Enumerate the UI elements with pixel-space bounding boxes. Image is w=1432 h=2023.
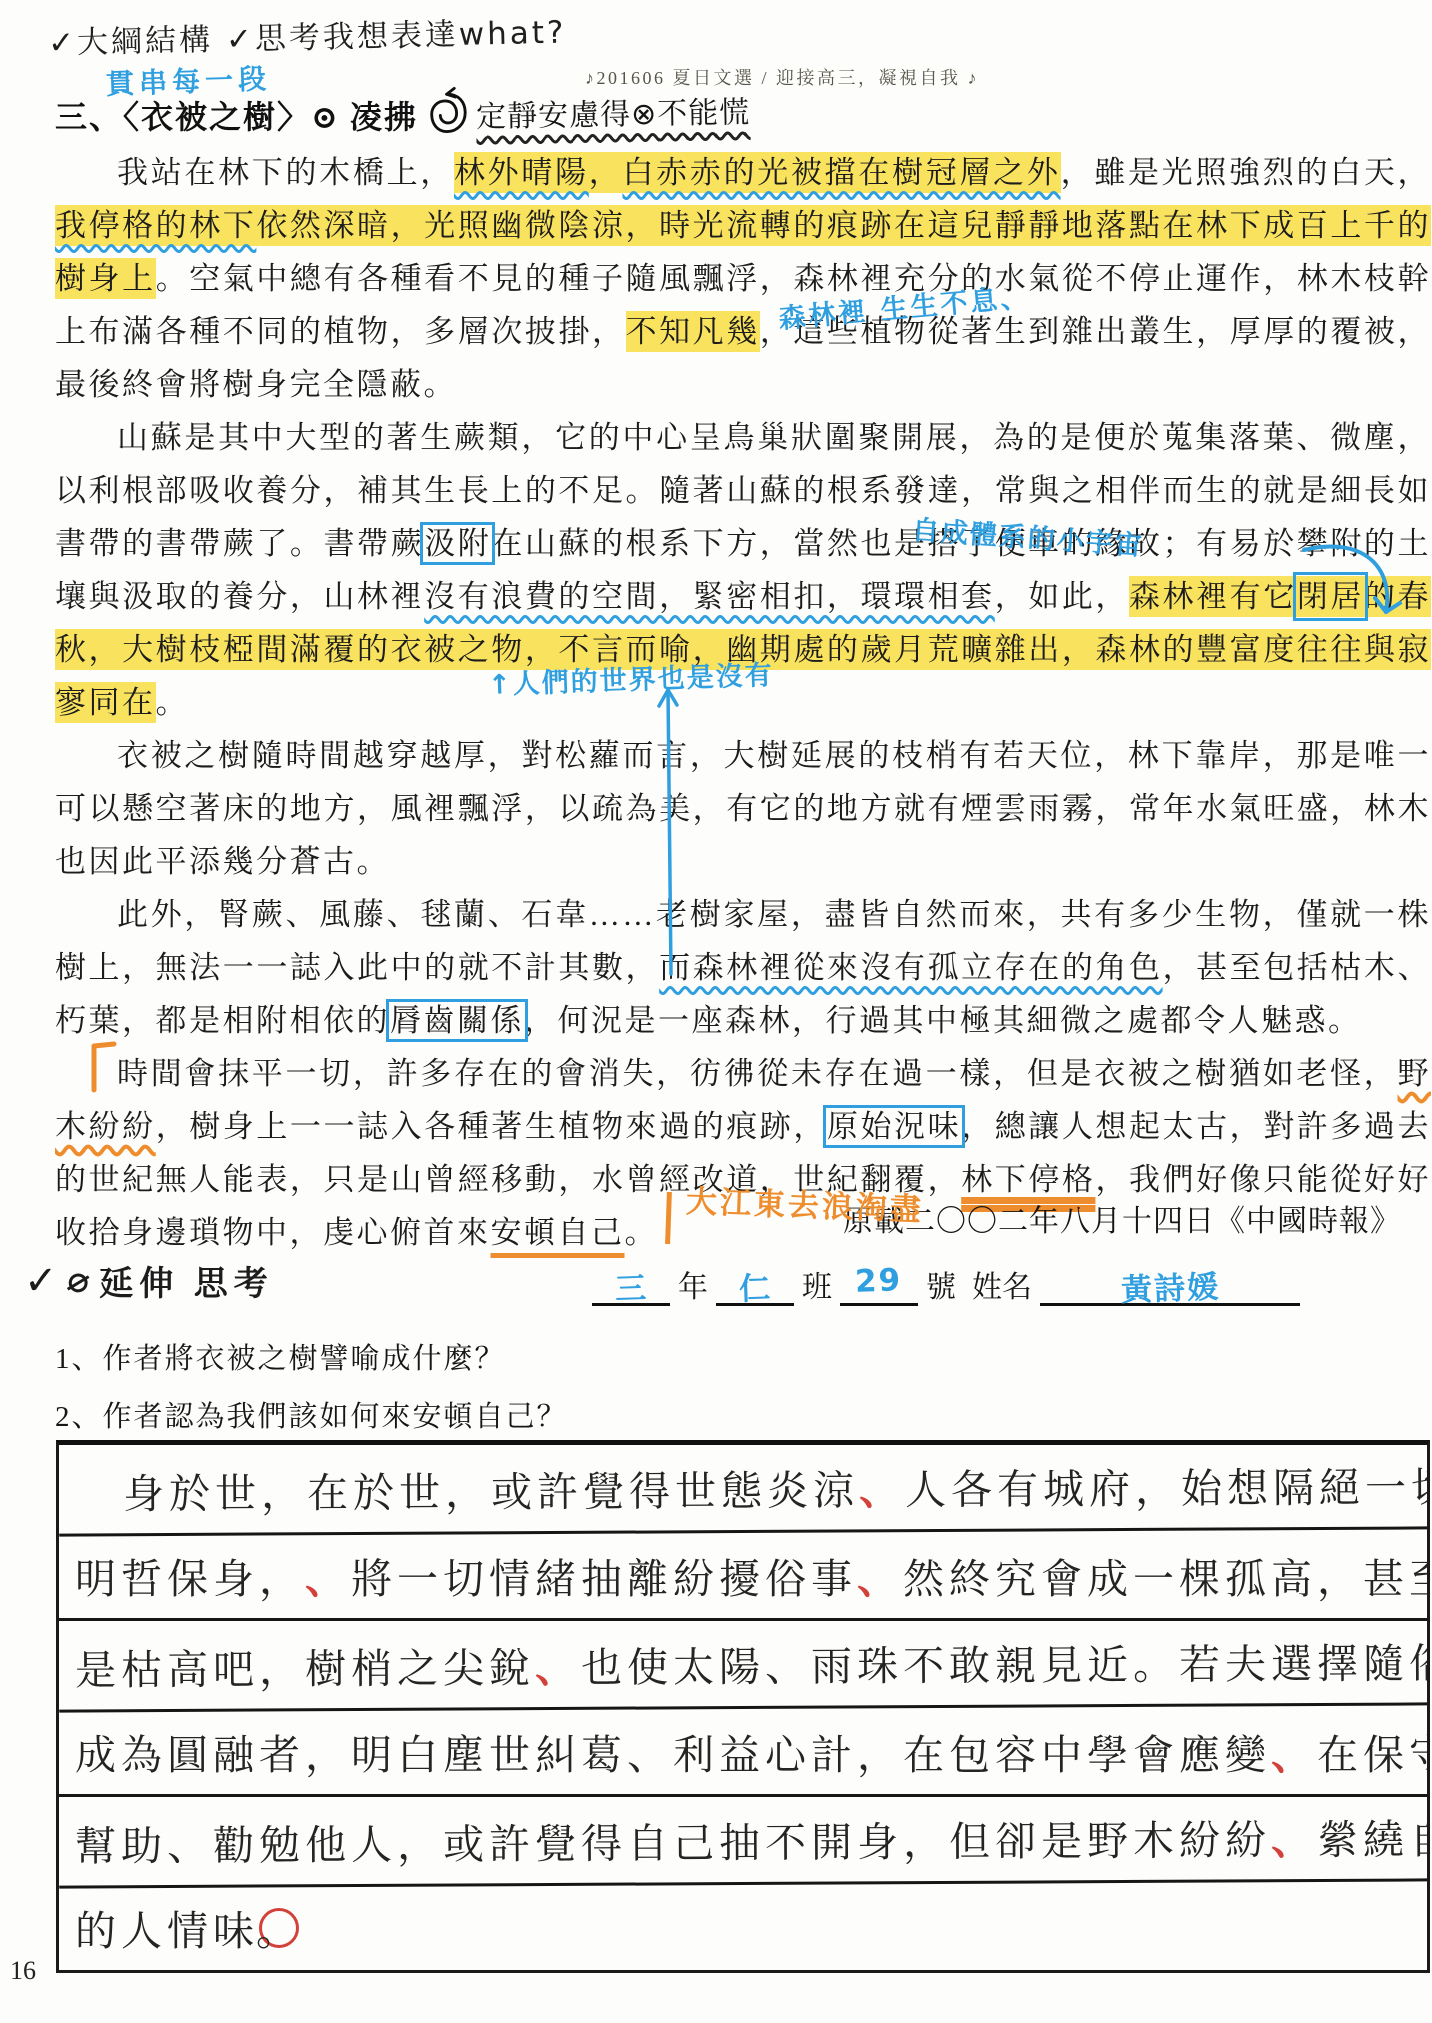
text-segment: 幫助、勸勉他人，或許覺得自己抽不開身，但卻是野木紛紛: [75, 1807, 1271, 1872]
calm-handwritten-note: 定靜安慮得⊗不能慌: [424, 81, 751, 143]
text-segment: 在保守己心中同時: [1317, 1722, 1427, 1781]
text-segment: 也使太陽、雨珠不敢親見近。若夫選擇隨俗安身，: [581, 1630, 1427, 1694]
text-segment: 。: [156, 685, 190, 720]
class-value: 仁: [738, 1262, 773, 1308]
class-field: 仁: [716, 1263, 794, 1306]
text-segment: 森林裡有它: [1129, 576, 1297, 617]
article-paragraph: 我站在林下的木橋上，林外晴陽，白赤赤的光被擋在樹冠層之外，雖是光照強烈的白天，我…: [55, 146, 1431, 411]
name-value: 黃詩媛: [1120, 1261, 1221, 1309]
text-segment: 的人情味: [75, 1898, 259, 1957]
text-segment: 。: [625, 1215, 659, 1250]
calm-note-text: 定靜安慮得⊗不能慌: [476, 87, 751, 136]
number-label: 號: [918, 1262, 964, 1306]
question-1: 1、作者將衣被之樹譬喻成什麼？: [55, 1336, 506, 1377]
number-value: 29: [855, 1262, 903, 1300]
answer-row: 成為圓融者，明白塵世糾葛、利益心計，在包容中學會應變、在保守己心中同時: [59, 1709, 1427, 1797]
text-segment: 林下停格: [961, 1162, 1095, 1197]
text-segment: ，如此，: [995, 579, 1129, 614]
text-segment: 、: [305, 1546, 351, 1605]
text-segment: 、: [1271, 1722, 1317, 1781]
text-segment: 將一切情緒抽離紛擾俗事: [351, 1546, 857, 1605]
text-segment: 不知凡幾: [626, 311, 760, 352]
scanned-worksheet-page: ✓大綱結構 ✓思考我想表達what? 貫串每一段 ♪201606 夏日文選 / …: [0, 0, 1432, 2023]
answer-row: 明哲保身，、將一切情緒抽離紛擾俗事、然終究會成一棵孤高，甚至: [59, 1533, 1427, 1621]
text-segment: 我停格的林下: [55, 205, 256, 246]
scribble-icon: ⌀: [63, 1258, 94, 1303]
text-segment: 、: [857, 1546, 903, 1605]
answer-row: 是枯高吧，樹梢之尖銳、也使太陽、雨珠不敢親見近。若夫選擇隨俗安身，: [59, 1617, 1427, 1712]
extension-heading: ✓ ⌀ 延伸 思考: [24, 1256, 274, 1305]
answer-row: 的人情味。: [59, 1885, 1427, 1970]
article-paragraph: 此外，腎蕨、風藤、毬蘭、石韋……老樹家屋，盡皆自然而來，共有多少生物，僅就一株樹…: [55, 888, 1431, 1047]
text-segment: 明哲保身，: [75, 1546, 305, 1605]
check-icon: ✓: [24, 1258, 58, 1304]
text-segment: 、: [1271, 1807, 1317, 1866]
river-margin-note: 大江東去浪淘盡: [685, 1176, 924, 1229]
year-label: 年: [670, 1262, 716, 1306]
article-paragraph: 衣被之樹隨時間越穿越厚，對松蘿而言，大樹延展的枝梢有若天位，林下靠岸，那是唯一可…: [55, 729, 1431, 888]
text-segment: ，樹身上一一誌入各種著生植物來過的痕跡，: [156, 1109, 827, 1144]
answer-row: 身於世，在於世，或許覺得世態炎涼、人各有城府，始想隔絕一切，: [59, 1441, 1427, 1536]
text-segment: 閉居: [1297, 576, 1364, 617]
text-segment: 是枯高吧，樹梢之尖銳: [75, 1635, 535, 1696]
text-segment: 林外晴陽: [454, 152, 589, 193]
source-citation: 原載二〇〇二年八月十四日《中國時報》: [843, 1196, 1401, 1240]
text-segment: 、: [859, 1457, 905, 1516]
name-label: 姓名: [964, 1262, 1040, 1306]
text-segment: 成為圓融者，明白塵世糾葛、利益心計，在包容中學會應變: [75, 1722, 1271, 1781]
question-2: 2、作者認為我們該如何來安頓自己？: [55, 1394, 568, 1435]
text-segment: ，雖是光照強烈的白天，: [1061, 155, 1431, 190]
text-segment: 時間會抹平一切，許多存在的會消失，彷彿從未存在過一樣，但是衣被之樹猶如老怪，: [117, 1056, 1398, 1091]
text-segment: 我站在林下的木橋上，: [117, 155, 454, 190]
text-segment: 然終究會成一棵孤高，甚至: [903, 1546, 1427, 1605]
text-segment: ，何況是一座森林，行過其中極其細微之處都令人魅惑。: [524, 1003, 1362, 1038]
text-segment: 縈繞自得: [1317, 1806, 1427, 1866]
year-value: 三: [614, 1262, 649, 1308]
text-segment: 原始況味: [827, 1109, 961, 1144]
extension-heading-text: 延伸 思考: [99, 1256, 274, 1305]
text-segment: 衣被之樹隨時間越穿越厚，對松蘿而言，大樹延展的枝梢有若天位，林下靠岸，那是唯一可…: [55, 738, 1431, 879]
name-field: 黃詩媛: [1040, 1263, 1300, 1306]
text-segment: 而森林裡從來沒有孤立存在的角色: [659, 950, 1162, 985]
text-segment: 汲附: [424, 526, 491, 561]
text-segment: 、: [535, 1635, 581, 1694]
year-field: 三: [592, 1263, 670, 1306]
article-body: 我站在林下的木橋上，林外晴陽，白赤赤的光被擋在樹冠層之外，雖是光照強烈的白天，我…: [55, 146, 1431, 1259]
page-number: 16: [10, 1956, 36, 1986]
text-segment: 沒有浪費的空間，緊密相扣，環環相套: [424, 579, 995, 614]
student-info-line: 三 年 仁 班 29 號 姓名 黃詩媛: [592, 1262, 1300, 1306]
class-label: 班: [794, 1262, 840, 1306]
top-handwritten-note: ✓大綱結構 ✓思考我想表達what?: [48, 7, 567, 63]
answer-grid: 身於世，在於世，或許覺得世態炎涼、人各有城府，始想隔絕一切，明哲保身，、將一切情…: [56, 1440, 1430, 1973]
text-segment: 身於世，在於世，或許覺得世態炎涼: [123, 1457, 859, 1520]
number-field: 29: [840, 1263, 918, 1306]
text-segment: 。: [259, 1908, 299, 1948]
text-segment: ，: [589, 152, 623, 193]
text-segment: 脣齒關係: [390, 1003, 524, 1038]
text-segment: 安頓自己: [491, 1215, 625, 1250]
page-title: 三、〈衣被之樹〉⊙ 凌拂: [55, 92, 418, 138]
spiral-icon: [424, 86, 471, 143]
answer-row: 幫助、勸勉他人，或許覺得自己抽不開身，但卻是野木紛紛、縈繞自得: [59, 1793, 1427, 1888]
text-segment: 白赤赤的光被擋在樹冠層之外: [622, 152, 1060, 193]
text-segment: 人各有城府，始想隔絕一切，: [905, 1454, 1427, 1516]
